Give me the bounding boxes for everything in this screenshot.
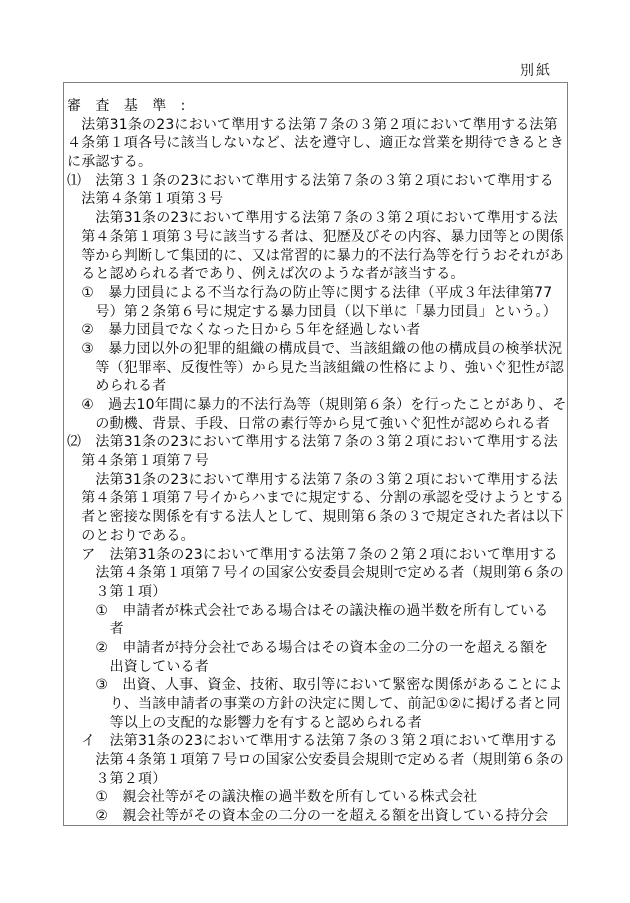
document-line: 審 査 基 準 : [67, 97, 565, 116]
document-line: ア 法第31条の23において準用する法第７条の２第２項において準用する [67, 546, 565, 565]
document-line: ると認められる者であり、例えば次のような者が該当する。 [67, 265, 565, 284]
document-line: 者 [67, 620, 565, 639]
document-line: ① 暴力団員による不当な行為の防止等に関する法律（平成３年法律第77 [67, 284, 565, 303]
document-line: ⑴ 法第３１条の23において準用する法第７条の３第２項において準用する [67, 172, 565, 191]
document-line: イ 法第31条の23において準用する法第７条の３第２項において準用する [67, 732, 565, 751]
document-line: ③ 暴力団以外の犯罪的組織の構成員で、当該組織の他の構成員の検挙状況 [67, 340, 565, 359]
document-line: 法第31条の23において準用する法第７条の３第２項において準用する法 [67, 471, 565, 490]
document-line: 第４条第１項第７号イからハまでに規定する、分割の承認を受けようとする [67, 489, 565, 508]
document-line: 号）第２条第６号に規定する暴力団員（以下単に「暴力団員」という。） [67, 303, 565, 322]
document-line: 法第４条第１項第３号 [67, 190, 565, 209]
document-line: 等以上の支配的な影響力を有すると認められる者 [67, 714, 565, 733]
document-line: ② 親会社等がその資本金の二分の一を超える額を出資している持分会 [67, 807, 565, 826]
document-page: 別紙 審 査 基 準 : 法第31条の23において準用する法第７条の３第２項にお… [0, 0, 630, 903]
document-line: 等から判断して集団的に、又は常習的に暴力的不法行為等を行うおそれがあ [67, 247, 565, 266]
document-line: 出資している者 [67, 658, 565, 677]
document-line: ③ 出資、人事、資金、技術、取引等において緊密な関係があることによ [67, 676, 565, 695]
document-line: の動機、背景、手段、日常の素行等から見て強いぐ犯性が認められる者 [67, 415, 565, 434]
document-line: 者と密接な関係を有する法人として、規則第６条の３で規定された者は以下 [67, 508, 565, 527]
document-line: ① 申請者が株式会社である場合はその議決権の過半数を所有している [67, 602, 565, 621]
document-line: ② 申請者が持分会社である場合はその資本金の二分の一を超える額を [67, 639, 565, 658]
document-line: 法第31条の23において準用する法第７条の３第２項において準用する法第 [67, 116, 565, 135]
document-line: のとおりである。 [67, 527, 565, 546]
document-line: ⑵ 法第31条の23において準用する法第７条の３第２項において準用する法 [67, 433, 565, 452]
document-line: ３第２項） [67, 770, 565, 789]
document-line: 等（犯罪率、反復性等）から見た当該組織の性格により、強いぐ犯性が認 [67, 359, 565, 378]
document-text: 審 査 基 準 : 法第31条の23において準用する法第７条の３第２項において準… [67, 97, 565, 826]
attachment-label: 別紙 [520, 60, 552, 80]
document-line: 法第31条の23において準用する法第７条の３第２項において準用する法 [67, 209, 565, 228]
document-line: 第４条第１項第７号 [67, 452, 565, 471]
document-line: ② 暴力団員でなくなった日から５年を経過しない者 [67, 321, 565, 340]
document-line: ４条第１項各号に該当しないなど、法を遵守し、適正な営業を期待できるとき [67, 134, 565, 153]
document-line: ① 親会社等がその議決権の過半数を所有している株式会社 [67, 788, 565, 807]
document-line: に承認する。 [67, 153, 565, 172]
document-border-box: 審 査 基 準 : 法第31条の23において準用する法第７条の３第２項において準… [63, 82, 568, 826]
document-line: められる者 [67, 377, 565, 396]
document-line: ３第１項） [67, 583, 565, 602]
document-line: 法第４条第１項第７号イの国家公安委員会規則で定める者（規則第６条の [67, 564, 565, 583]
document-line: り、当該申請者の事業の方針の決定に関して、前記①②に掲げる者と同 [67, 695, 565, 714]
document-line: ④ 過去10年間に暴力的不法行為等（規則第６条）を行ったことがあり、そ [67, 396, 565, 415]
document-line: 法第４条第１項第７号ロの国家公安委員会規則で定める者（規則第６条の [67, 751, 565, 770]
document-line: 第４条第１項第３号に該当する者は、犯歴及びその内容、暴力団等との関係 [67, 228, 565, 247]
